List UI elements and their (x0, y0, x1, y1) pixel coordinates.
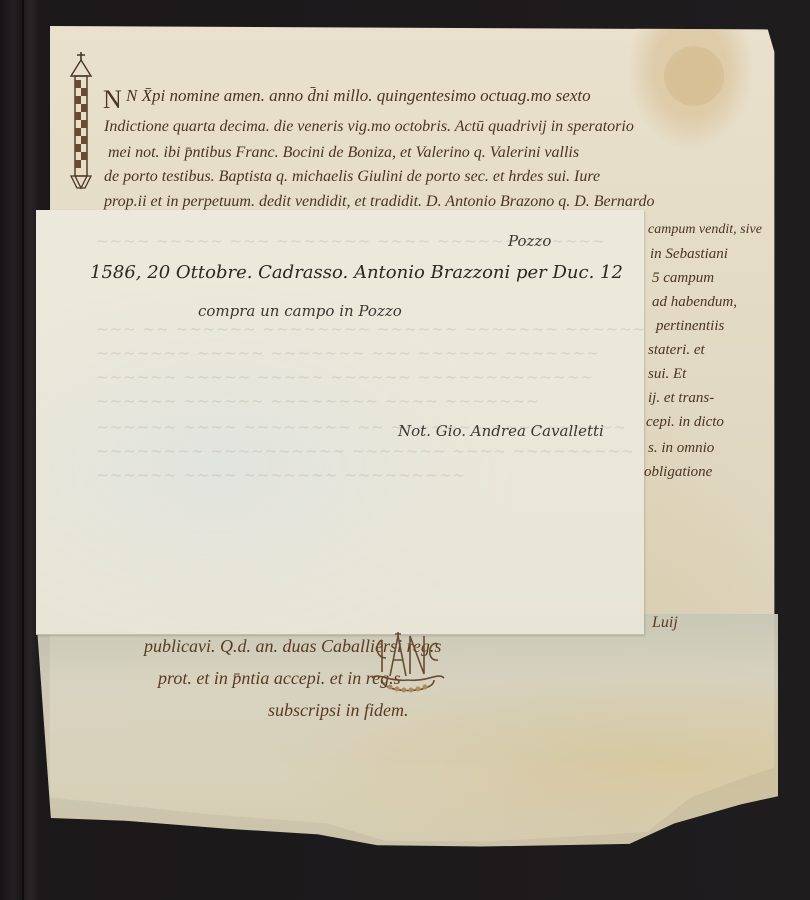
parchment-line-5: prop.ii et in perpetuum. dedit vendidit,… (104, 193, 654, 211)
margin-line-8: ij. et trans- (648, 390, 714, 407)
margin-line-4: ad habendum, (652, 294, 737, 311)
margin-line-1: campum vendit, sive (648, 222, 762, 238)
monogram-signum-icon (368, 628, 448, 703)
margin-line-10: s. in omnio (648, 440, 714, 457)
water-stain (664, 46, 724, 106)
margin-line-9: cepi. in dicto (646, 414, 724, 431)
margin-line-3: 5 campum (652, 270, 714, 287)
lower-line-2: prot. et in p̄ntia accepi. et in reg.s (158, 668, 401, 689)
parchment-line-2: Indictione quarta decima. die veneris vi… (104, 118, 634, 136)
tower-signum-icon (66, 50, 96, 190)
parchment-line-1: N X̄pi nomine amen. anno d̄ni millo. qui… (126, 86, 591, 106)
margin-line-6: stateri. et (648, 342, 705, 359)
illuminated-initial: N (103, 85, 122, 115)
margin-line-11: obligatione (644, 464, 712, 481)
margin-line-7: sui. Et (648, 366, 686, 383)
parchment-line-4: de porto testibus. Baptista q. michaelis… (104, 168, 600, 186)
slip-date-line: 1586, 20 Ottobre. Cadrasso. Antonio Braz… (90, 262, 623, 283)
mount-divider-line (22, 0, 24, 900)
lower-right-fragment: Luij (652, 614, 678, 632)
slip-notary-signature: Not. Gio. Andrea Cavalletti (398, 422, 604, 440)
lower-line-3: subscripsi in fidem. (268, 700, 409, 721)
parchment-line-3: mei not. ibi p̄ntibus Franc. Bocini de B… (108, 144, 579, 162)
slip-description: compra un campo in Pozzo (198, 302, 402, 320)
margin-line-2: in Sebastiani (650, 246, 728, 263)
slip-place-note: Pozzo (508, 232, 551, 250)
